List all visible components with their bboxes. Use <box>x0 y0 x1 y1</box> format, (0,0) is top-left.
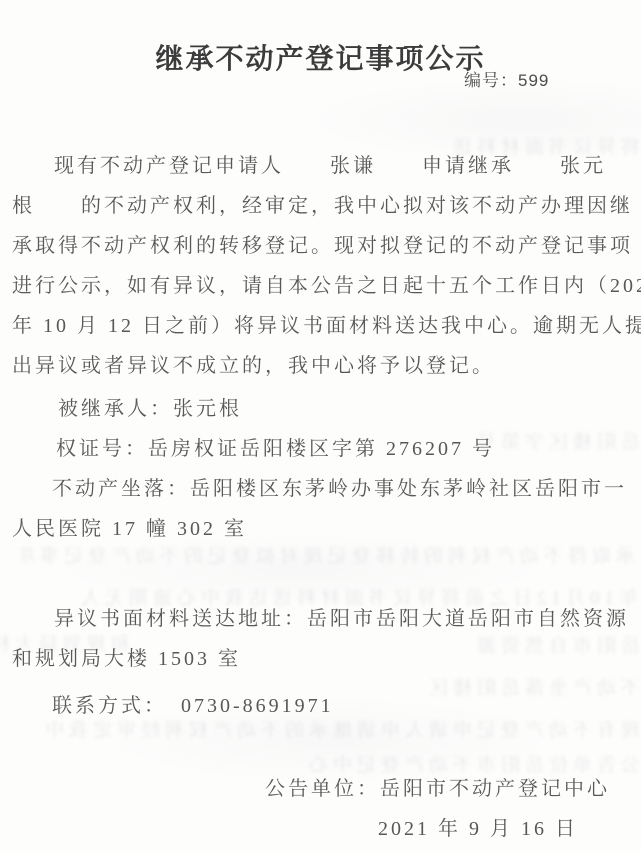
ghost-showthrough-text: 公告单位岳阳市不动产登记中心 <box>95 755 640 777</box>
objection-address-value-line2: 和规划局大楼 1503 室 <box>12 647 241 671</box>
doc-number-label: 编号： <box>464 71 518 90</box>
property-location-value-line1: 岳阳楼区东茅岭办事处东茅岭社区岳阳市一 <box>190 478 627 500</box>
decedent-field: 被继承人：张元根 <box>58 397 242 421</box>
ghost-showthrough-text: 现有不动产登记申请人申请继承的不动产权利经审定我中 <box>5 720 640 742</box>
paragraph-line: 承取得不动产权利的转移登记。现对拟登记的不动产登记事项 <box>12 234 633 258</box>
objection-address-label: 异议书面材料送达地址： <box>54 608 307 630</box>
issuer-value: 岳阳市不动产登记中心 <box>380 778 610 800</box>
certificate-number-label: 权证号： <box>56 438 148 460</box>
doc-number: 编号：599 <box>464 66 549 91</box>
paragraph-line: 年 10 月 12 日之前）将异议书面材料送达我中心。逾期无人提 <box>12 314 641 338</box>
paragraph-line: 进行公示，如有异议，请自本公告之日起十五个工作日内（2021 <box>12 274 641 298</box>
ghost-showthrough-text: 不动产坐落岳阳楼区 <box>420 678 640 700</box>
decedent-value: 张元根 <box>173 398 242 420</box>
paragraph-line: 根 的不动产权利，经审定，我中心拟对该不动产办理因继 <box>12 194 633 218</box>
property-location-label: 不动产坐落： <box>52 478 190 500</box>
issuer-label: 公告单位： <box>265 778 380 800</box>
contact-label: 联系方式： <box>52 695 167 717</box>
notice-date: 2021 年 9 月 16 日 <box>378 817 578 841</box>
objection-address-value-line1: 岳阳市岳阳大道岳阳市自然资源 <box>307 608 629 630</box>
paragraph-line: 现有不动产登记申请人 张谦 申请继承 张元 <box>54 154 606 178</box>
certificate-number-value: 岳房权证岳阳楼区字第 276207 号 <box>148 438 495 460</box>
contact-phone-value: 0730-8691971 <box>181 695 334 717</box>
decedent-label: 被继承人： <box>58 398 173 420</box>
ghost-showthrough-text: 岳阳市自然资源 <box>455 636 640 658</box>
ghost-showthrough-text: 承取得不动产权利的转移登记现对拟登记的不动产登记事项 <box>20 546 635 568</box>
objection-address-field: 异议书面材料送达地址：岳阳市岳阳大道岳阳市自然资源 <box>54 607 629 631</box>
scanned-notice-page: 将异议书面材料送 岳阳楼区字第号 承取得不动产权利的转移登记现对拟登记的不动产登… <box>0 0 641 852</box>
issuer-field: 公告单位：岳阳市不动产登记中心 <box>265 777 610 801</box>
contact-field: 联系方式：0730-8691971 <box>52 694 334 718</box>
property-location-value-line2: 人民医院 17 幢 302 室 <box>12 517 247 541</box>
property-location-field: 不动产坐落：岳阳楼区东茅岭办事处东茅岭社区岳阳市一 <box>52 477 627 501</box>
certificate-number-field: 权证号：岳房权证岳阳楼区字第 276207 号 <box>56 437 495 461</box>
doc-number-value: 599 <box>518 71 549 90</box>
paragraph-line: 出异议或者异议不成立的，我中心将予以登记。 <box>12 354 495 378</box>
